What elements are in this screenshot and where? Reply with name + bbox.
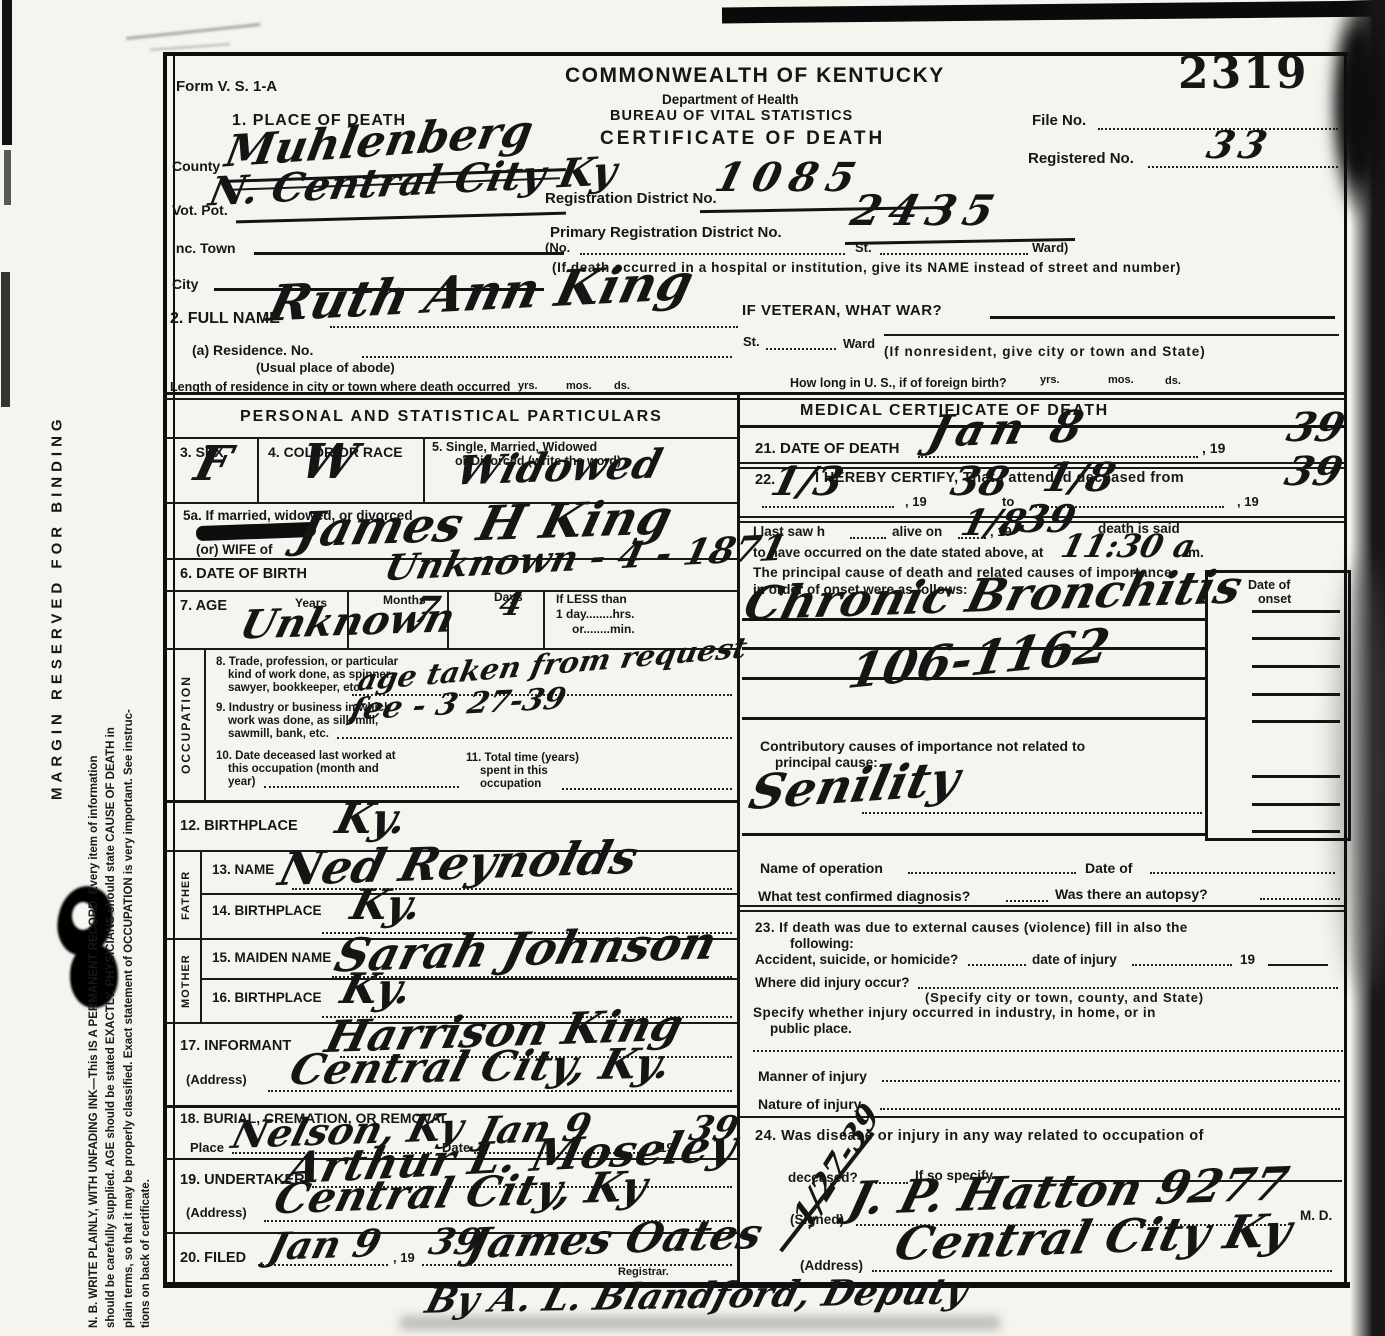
onset-line5 xyxy=(1252,720,1340,723)
injury19-label: 19 xyxy=(1240,952,1255,968)
length-yrs: yrs. xyxy=(518,380,538,393)
birthplace-value: Ky. xyxy=(332,798,411,840)
filed-label: 20. FILED xyxy=(180,1250,246,1267)
father-row-divider xyxy=(200,893,737,895)
scanned-certificate: MARGIN RESERVED FOR BINDING N. B. WRITE … xyxy=(0,0,1385,1336)
father-name-label: 13. NAME xyxy=(212,862,274,878)
onset-line4 xyxy=(1252,693,1340,696)
mother-vertical-label: MOTHER xyxy=(174,942,198,1020)
injurydate-label: date of injury xyxy=(1032,952,1117,968)
votpot-line xyxy=(236,212,566,224)
operation-dateof-line xyxy=(1150,872,1335,874)
specify-note: (Specify city or town, county, and State… xyxy=(925,990,1204,1005)
contrib-line2 xyxy=(742,833,1205,836)
wife-label: (or) WIFE of xyxy=(196,542,272,558)
form-border-left-outer xyxy=(163,52,167,1288)
header-separator2 xyxy=(163,398,1346,400)
margin-binding-text: MARGIN RESERVED FOR BINDING xyxy=(49,415,66,801)
occurred-text: to have occurred on the date stated abov… xyxy=(753,545,1043,561)
length-mos: mos. xyxy=(566,380,592,393)
age-divider3 xyxy=(543,590,545,648)
lastworked-line xyxy=(264,786,459,788)
residence-line xyxy=(362,356,732,358)
onset-line6 xyxy=(1252,775,1340,778)
autopsy-label: Was there an autopsy? xyxy=(1055,886,1208,903)
certificate-number: 2319 xyxy=(1178,48,1308,100)
onset-line7 xyxy=(1252,803,1340,806)
injurydate-line xyxy=(1132,964,1232,966)
primary-reg-value: 2435 xyxy=(847,190,1006,232)
injury19-line xyxy=(1268,964,1328,966)
sec24-text1: 24. Was disease or injury in any way rel… xyxy=(755,1128,1204,1145)
margin-nb-note: N. B. WRITE PLAINLY, WITH UNFADING INK—T… xyxy=(86,328,155,1328)
residence-ward-line xyxy=(884,334,1339,336)
specify-line xyxy=(753,1050,1343,1052)
mother-name-label: 15. MAIDEN NAME xyxy=(212,950,331,966)
md-label: M. D. xyxy=(1300,1208,1332,1224)
personal-title: PERSONAL AND STATISTICAL PARTICULARS xyxy=(240,408,663,427)
residence-label: (a) Residence. No. xyxy=(192,342,313,359)
lastsaw-dots2 xyxy=(958,537,986,539)
industry-label3: sawmill, bank, etc. xyxy=(228,728,329,742)
birthplace-label: 12. BIRTHPLACE xyxy=(180,818,298,835)
margin-nb-line: N. B. WRITE PLAINLY, WITH UNFADING INK—T… xyxy=(86,328,103,1328)
length-ds: ds. xyxy=(614,380,630,393)
father-vertical-text: FATHER xyxy=(180,870,192,919)
registered-no-label: Registered No. xyxy=(1028,150,1134,168)
margin-nb-line: tions on back of certificate. xyxy=(138,328,155,1328)
undertaker-addr-value: Central City, Ky xyxy=(270,1166,651,1221)
occurred-m-label: m. xyxy=(1188,545,1204,561)
signed-addr-label: (Address) xyxy=(800,1258,863,1274)
howlong-yrs: yrs. xyxy=(1040,374,1060,387)
scan-edge-left-mark1 xyxy=(2,0,12,145)
margin-binding-note: MARGIN RESERVED FOR BINDING xyxy=(44,385,70,830)
totaltime-label1: 11. Total time (years) xyxy=(466,752,579,766)
test-label: What test confirmed diagnosis? xyxy=(758,888,970,905)
lastworked-label1: 10. Date deceased last worked at xyxy=(216,750,396,764)
informant-label: 17. INFORMANT xyxy=(180,1038,291,1055)
attended-to-value: 1/8 xyxy=(1039,458,1119,498)
totaltime-line xyxy=(562,788,732,790)
st-line xyxy=(880,253,1028,255)
father-name-value: Ned Reynolds xyxy=(275,834,643,892)
filed-date-line xyxy=(258,1264,388,1266)
margin-nb-line: should be carefully supplied. AGE should… xyxy=(103,328,120,1328)
accident-label: Accident, suicide, or homicide? xyxy=(755,952,958,968)
father-bp-label: 14. BIRTHPLACE xyxy=(212,903,322,919)
occupation-vertical-label: OCCUPATION xyxy=(172,655,200,795)
contrib-value: Senility xyxy=(745,755,964,817)
dod-year19: , 19 xyxy=(1202,440,1225,457)
ward-label: Ward) xyxy=(1032,240,1068,255)
attended-from-value: 1/3 xyxy=(767,462,847,502)
sec24-top-line xyxy=(740,1116,1344,1118)
scan-blob-top-right xyxy=(1318,0,1385,260)
howlong-mos: mos. xyxy=(1108,374,1134,387)
howlong-ds: ds. xyxy=(1165,375,1181,388)
residence-ward-label: Ward xyxy=(843,336,875,351)
commonwealth-title: COMMONWEALTH OF KENTUCKY xyxy=(565,64,945,89)
no-label: (No. xyxy=(545,240,570,255)
howlong-label: How long in U. S., if of foreign birth? xyxy=(790,376,1007,391)
dod-value: Jan 8 xyxy=(924,405,1094,454)
occupation-vertical-text: OCCUPATION xyxy=(179,676,193,775)
cell-divider-color-marital xyxy=(423,437,425,502)
deputy-value: By A. L. Blandford, Deputy xyxy=(422,1273,972,1318)
margin-nb-line: plain terms, so that it may be properly … xyxy=(121,328,138,1328)
abode-note: (Usual place of abode) xyxy=(256,360,395,375)
operation-line xyxy=(908,872,1076,874)
accident-line xyxy=(968,964,1026,966)
attended-to-year19: , 19 xyxy=(1237,494,1259,509)
filed-year19: , 19 xyxy=(393,1250,415,1265)
father-vertical-label: FATHER xyxy=(174,854,198,936)
trade-label3: sawyer, bookkeeper, etc. xyxy=(228,682,363,696)
color-value: W xyxy=(296,438,362,486)
autopsy-line xyxy=(1260,898,1340,900)
length-label: Length of residence in city or town wher… xyxy=(170,380,510,395)
residence-st-line xyxy=(766,348,836,350)
informant-addr-line xyxy=(268,1090,732,1092)
lastworked-label3: year) xyxy=(228,776,256,790)
form-border-top xyxy=(163,52,1348,56)
full-name-value: Ruth Ann King xyxy=(263,257,698,329)
inctown-line xyxy=(254,252,564,255)
sec23-top-line xyxy=(740,905,1344,907)
city-label: City xyxy=(172,276,198,293)
residence-st-label: St. xyxy=(743,334,760,349)
sec23-text1: 23. If death was due to external causes … xyxy=(755,920,1188,936)
st-label: St. xyxy=(855,240,872,255)
cause-rule4 xyxy=(742,717,1205,720)
lastworked-label2: this occupation (month and xyxy=(228,763,379,777)
scan-edge-left-mark2 xyxy=(4,150,11,205)
signed-addr-line xyxy=(872,1270,1332,1272)
column-divider xyxy=(737,392,740,1282)
ifless-label3: or........min. xyxy=(572,622,635,636)
totaltime-label2: spent in this xyxy=(480,765,548,779)
attended-to-year: 39 xyxy=(1281,452,1347,492)
onset-label1: Date of xyxy=(1248,578,1290,593)
undertaker-addr-label: (Address) xyxy=(186,1205,247,1220)
signed-label: (Signed) xyxy=(790,1212,844,1228)
row6-bottom xyxy=(165,590,737,592)
operation-dateof-label: Date of xyxy=(1085,860,1132,877)
onset-line2 xyxy=(1252,637,1340,640)
mother-bp-label: 16. BIRTHPLACE xyxy=(212,990,322,1006)
registered-no-value: 33 xyxy=(1203,126,1275,164)
reg-district-label: Registration District No. xyxy=(545,190,717,208)
totaltime-label3: occupation xyxy=(480,778,541,792)
specify-text1: Specify whether injury occurred in indus… xyxy=(753,1005,1156,1021)
informant-addr-label: (Address) xyxy=(186,1072,247,1087)
occupation-bottom xyxy=(165,800,737,803)
inctown-label: Inc. Town xyxy=(172,240,236,257)
manner-line xyxy=(882,1080,1340,1082)
marital-value: Widowed xyxy=(452,444,666,491)
bureau-subtitle: BUREAU OF VITAL STATISTICS xyxy=(610,108,853,125)
mother-row-divider xyxy=(200,978,737,980)
registrar-line xyxy=(422,1264,732,1266)
onset-line3 xyxy=(1252,665,1340,668)
reg-district-value: 1085 xyxy=(711,158,868,198)
veteran-line xyxy=(990,316,1335,319)
department-subtitle: Department of Health xyxy=(662,92,799,108)
ifless-label2: 1 day........hrs. xyxy=(556,607,634,621)
occupation-hw2: fee - 3 27-39 xyxy=(347,684,569,725)
test-line xyxy=(1006,900,1048,902)
dod-label: 21. DATE OF DEATH xyxy=(755,440,899,458)
contrib-line1 xyxy=(862,812,1202,814)
sec23-top-line2 xyxy=(740,910,1344,912)
attended-from-line xyxy=(762,506,894,508)
full-name-line xyxy=(330,326,738,328)
scan-edge-left-mark3 xyxy=(1,272,10,407)
mother-bp-value: Ky. xyxy=(337,968,416,1010)
file-no-label: File No. xyxy=(1032,112,1086,130)
death-time-value: 11:30 a xyxy=(1058,530,1199,562)
cell-divider-sex-color xyxy=(257,437,259,502)
nature-label: Nature of injury xyxy=(758,1096,861,1113)
mother-vertical-text: MOTHER xyxy=(180,954,192,1008)
personal-title-line xyxy=(165,437,737,439)
nature-line xyxy=(880,1108,1340,1110)
where-label: Where did injury occur? xyxy=(755,975,910,991)
signed-addr-value: Central City Ky xyxy=(890,1207,1296,1267)
mother-strip-divider xyxy=(200,938,202,1022)
registrar-value: James Oates xyxy=(463,1213,766,1265)
onset-line1 xyxy=(1252,610,1340,613)
age-label: 7. AGE xyxy=(180,598,227,615)
filed-date-value: Jan 9 xyxy=(265,1224,386,1266)
form-number: Form V. S. 1-A xyxy=(176,78,277,96)
primary-reg-label: Primary Registration District No. xyxy=(550,224,782,242)
father-bp-value: Ky. xyxy=(347,884,426,926)
lastsaw-text2: alive on xyxy=(892,524,942,540)
faint-pencil-squiggle xyxy=(126,23,261,43)
lastsaw-dots1 xyxy=(850,537,886,539)
occupation-strip-divider xyxy=(204,648,206,800)
industry-line xyxy=(337,737,732,739)
registered-no-line xyxy=(1148,166,1338,168)
burial-place-label: Place xyxy=(190,1140,224,1155)
manner-label: Manner of injury xyxy=(758,1068,867,1085)
operation-label: Name of operation xyxy=(760,860,883,877)
informant-addr-value: Central City, Ky. xyxy=(285,1043,675,1092)
onset-label2: onset xyxy=(1258,592,1291,607)
dod-year-value: 39 xyxy=(1283,408,1349,448)
lastsaw-year19: , 19 xyxy=(990,524,1012,539)
cause-code-value: 106-1162 xyxy=(845,622,1114,696)
where-line xyxy=(918,987,1338,989)
cause-rule1 xyxy=(742,618,1205,621)
contrib-text1: Contributory causes of importance not re… xyxy=(760,738,1085,755)
sec23-text2: following: xyxy=(790,936,854,952)
lastsaw-text1: I last saw h xyxy=(753,524,825,540)
onset-line8 xyxy=(1252,830,1340,833)
attended-from-year19: , 19 xyxy=(905,494,927,509)
no-line xyxy=(580,253,845,255)
specify-text2: public place. xyxy=(770,1021,852,1037)
nonresident-note: (If nonresident, give city or town and S… xyxy=(884,344,1206,360)
certificate-title: CERTIFICATE OF DEATH xyxy=(600,128,885,150)
dob-label: 6. DATE OF BIRTH xyxy=(180,566,307,583)
scan-edge-top-bar xyxy=(722,1,1385,24)
veteran-label: IF VETERAN, WHAT WAR? xyxy=(742,302,942,320)
ifless-label1: If LESS than xyxy=(556,592,627,606)
